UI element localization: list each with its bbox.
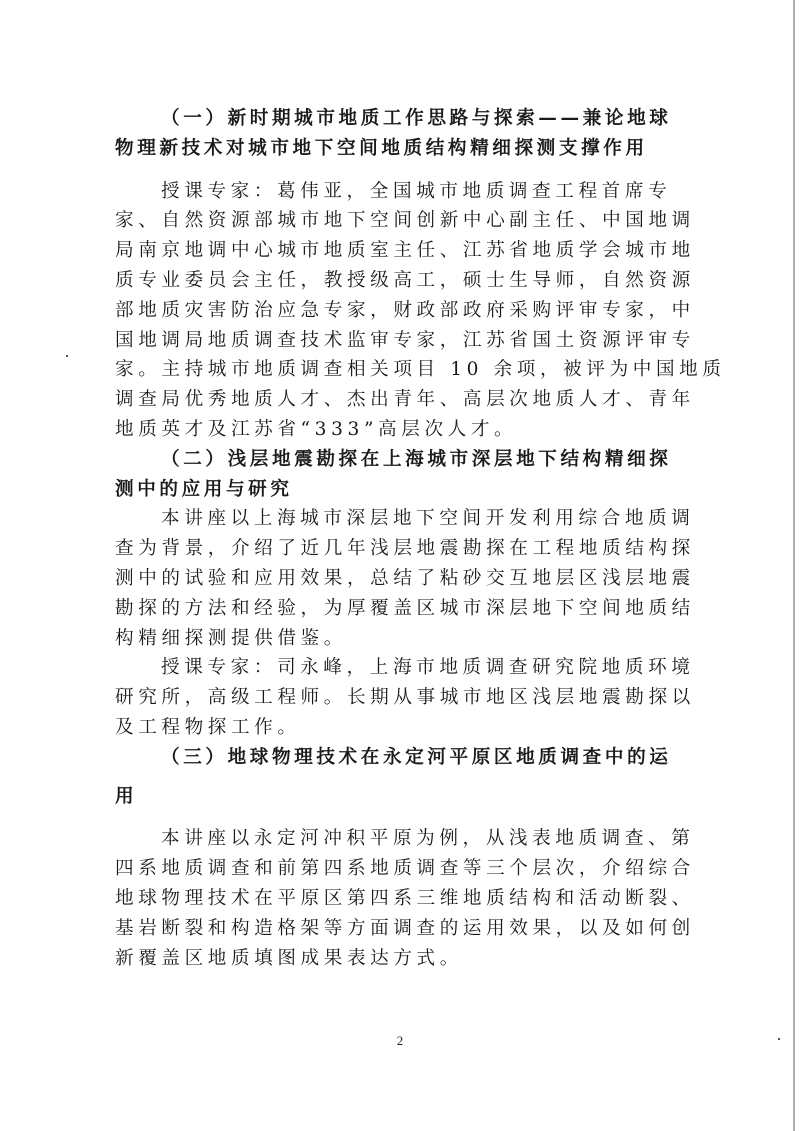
text-line: 构精细探测提供借鉴。 — [115, 624, 675, 654]
summary-paragraph: 本讲座以上海城市深层地下空间开发利用综合地质调 查为背景，介绍了近几年浅层地震勘… — [115, 504, 675, 653]
text-line: 授课专家：葛伟亚，全国城市地质调查工程首席专 — [115, 177, 675, 207]
section-heading: （二）浅层地震勘探在上海城市深层地下结构精细探 — [115, 445, 675, 475]
text-line: 地球物理技术在平原区第四系三维地质结构和活动断裂、 — [115, 884, 675, 914]
section-3: （三）地球物理技术在永定河平原区地质调查中的运 用 本讲座以永定河冲积平原为例，… — [115, 743, 675, 974]
text-line: 地质英才及江苏省“333”高层次人才。 — [115, 415, 675, 445]
text-line: 新覆盖区地质填图成果表达方式。 — [115, 944, 675, 974]
page-number: 2 — [390, 1033, 410, 1049]
text-line: 局南京地调中心城市地质室主任、江苏省地质学会城市地 — [115, 236, 675, 266]
scan-edge-line — [793, 0, 795, 1131]
section-2: （二）浅层地震勘探在上海城市深层地下结构精细探 测中的应用与研究 本讲座以上海城… — [115, 445, 675, 743]
section-1: （一）新时期城市地质工作思路与探索——兼论地球 物理新技术对城市地下空间地质结构… — [115, 104, 675, 445]
text-line: 本讲座以永定河冲积平原为例，从浅表地质调查、第 — [115, 824, 675, 854]
text-line: 基岩断裂和构造格架等方面调查的运用效果，以及如何创 — [115, 914, 675, 944]
document-page: （一）新时期城市地质工作思路与探索——兼论地球 物理新技术对城市地下空间地质结构… — [0, 0, 800, 1131]
text-line: 国地调局地质调查技术监审专家，江苏省国土资源评审专 — [115, 326, 675, 356]
text-line: 调查局优秀地质人才、杰出青年、高层次地质人才、青年 — [115, 385, 675, 415]
summary-paragraph: 本讲座以永定河冲积平原为例，从浅表地质调查、第 四系地质调查和前第四系地质调查等… — [115, 824, 675, 973]
document-body: （一）新时期城市地质工作思路与探索——兼论地球 物理新技术对城市地下空间地质结构… — [115, 104, 675, 973]
text-line: 勘探的方法和经验，为厚覆盖区城市深层地下空间地质结 — [115, 594, 675, 624]
section-heading-cont: 物理新技术对城市地下空间地质结构精细探测支撑作用 — [115, 134, 675, 164]
section-heading-cont: 测中的应用与研究 — [115, 475, 675, 505]
scan-speck — [778, 1038, 780, 1040]
text-line: 部地质灾害防治应急专家，财政部政府采购评审专家，中 — [115, 296, 675, 326]
expert-paragraph: 授课专家：葛伟亚，全国城市地质调查工程首席专 家、自然资源部城市地下空间创新中心… — [115, 177, 675, 445]
text-line: 家。主持城市地质调查相关项目 10 余项，被评为中国地质 — [115, 355, 675, 385]
section-heading: （三）地球物理技术在永定河平原区地质调查中的运 — [115, 743, 675, 773]
section-heading-cont: 用 — [115, 782, 675, 812]
scan-speck — [66, 355, 68, 357]
section-heading: （一）新时期城市地质工作思路与探索——兼论地球 — [115, 104, 675, 134]
text-line: 授课专家：司永峰，上海市地质调查研究院地质环境 — [115, 653, 675, 683]
text-line: 质专业委员会主任，教授级高工，硕士生导师，自然资源 — [115, 266, 675, 296]
text-line: 查为背景，介绍了近几年浅层地震勘探在工程地质结构探 — [115, 534, 675, 564]
text-line: 测中的试验和应用效果，总结了粘砂交互地层区浅层地震 — [115, 564, 675, 594]
text-line: 家、自然资源部城市地下空间创新中心副主任、中国地调 — [115, 206, 675, 236]
text-line: 研究所，高级工程师。长期从事城市地区浅层地震勘探以 — [115, 683, 675, 713]
expert-paragraph: 授课专家：司永峰，上海市地质调查研究院地质环境 研究所，高级工程师。长期从事城市… — [115, 653, 675, 742]
text-line: 本讲座以上海城市深层地下空间开发利用综合地质调 — [115, 504, 675, 534]
text-line: 四系地质调查和前第四系地质调查等三个层次，介绍综合 — [115, 854, 675, 884]
text-line: 及工程物探工作。 — [115, 713, 675, 743]
